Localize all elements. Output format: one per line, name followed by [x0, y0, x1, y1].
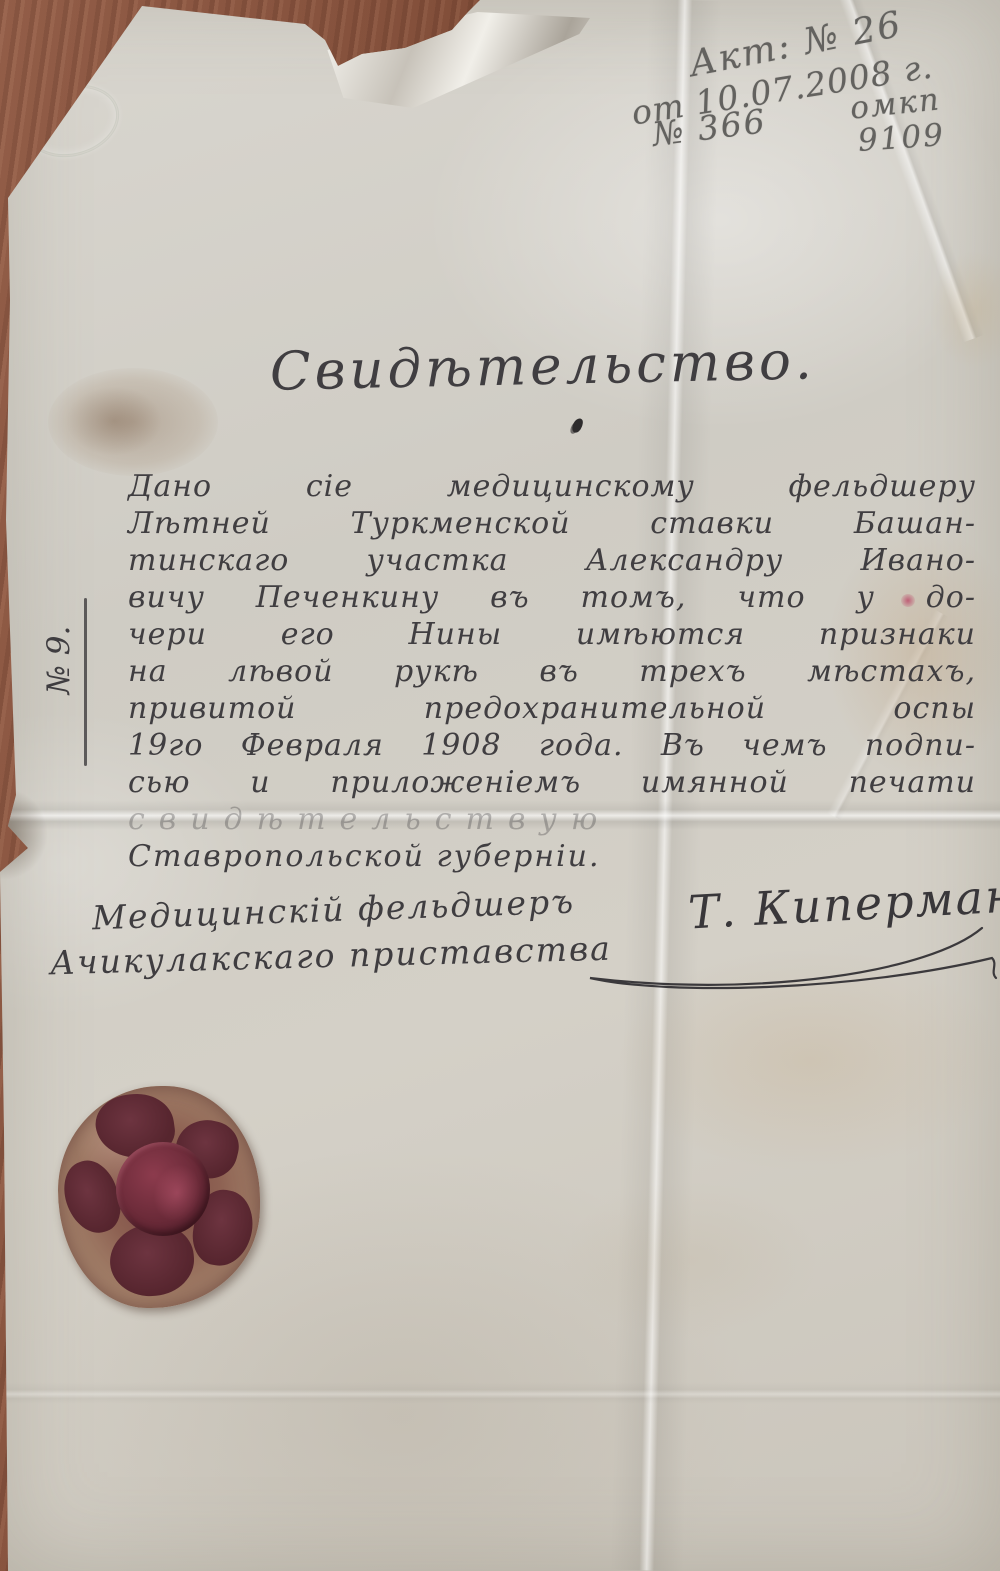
document-body: Дано сіе медицинскому фельдшеру Лѣтней Т… — [128, 468, 976, 875]
faint-stain-lower — [560, 1180, 820, 1340]
margin-rule-line — [84, 598, 87, 766]
signature-role-line2: Ачикулакскаго приставства — [50, 929, 613, 983]
signature-flourish — [530, 920, 1000, 1010]
torn-folded-flap — [322, 12, 590, 112]
body-line: чери его Нины имѣются признаки — [128, 616, 976, 653]
photo-of-document: { "colors": { "wood_table": "#854f3a", "… — [0, 0, 1000, 1571]
body-line: вичу Печенкину въ томъ, что у до- — [128, 579, 976, 616]
document-paper: Акт: № 26 от 10.07.2008 г. № 366 омкп 91… — [0, 0, 1000, 1571]
brown-stain-core — [66, 386, 162, 456]
yellow-stain-edge — [930, 250, 1000, 370]
body-line: привитой предохранительной оспы — [128, 690, 976, 727]
left-edge-tear — [0, 788, 48, 880]
body-line: на лѣвой рукѣ въ трехъ мѣстахъ, — [128, 653, 976, 690]
body-line-faded: свидѣтельствую — [128, 801, 976, 838]
ink-blot — [571, 417, 585, 434]
wax-seal-icon — [58, 1086, 260, 1308]
body-line: Лѣтней Туркменской ставки Башан- — [128, 505, 976, 542]
brown-stain — [48, 368, 218, 476]
document-title: Свидѣтельство. — [269, 330, 816, 402]
body-line: Дано сіе медицинскому фельдшеру — [128, 468, 976, 505]
lower-fold-crease — [0, 1382, 1000, 1404]
body-line: тинскаго участка Александру Ивано- — [128, 542, 976, 579]
body-line: Ставропольской губерніи. — [128, 838, 976, 875]
signature-role-line1: Медицинскій фельдшеръ — [91, 882, 575, 938]
body-line: сью и приложеніемъ имянной печати — [128, 764, 976, 801]
margin-number: № 9. — [41, 615, 77, 705]
body-line: 19го Февраля 1908 года. Въ чемъ подпи- — [128, 727, 976, 764]
pencil-code-line2: 9109 — [857, 117, 946, 159]
embossed-stamp-icon — [16, 74, 128, 168]
